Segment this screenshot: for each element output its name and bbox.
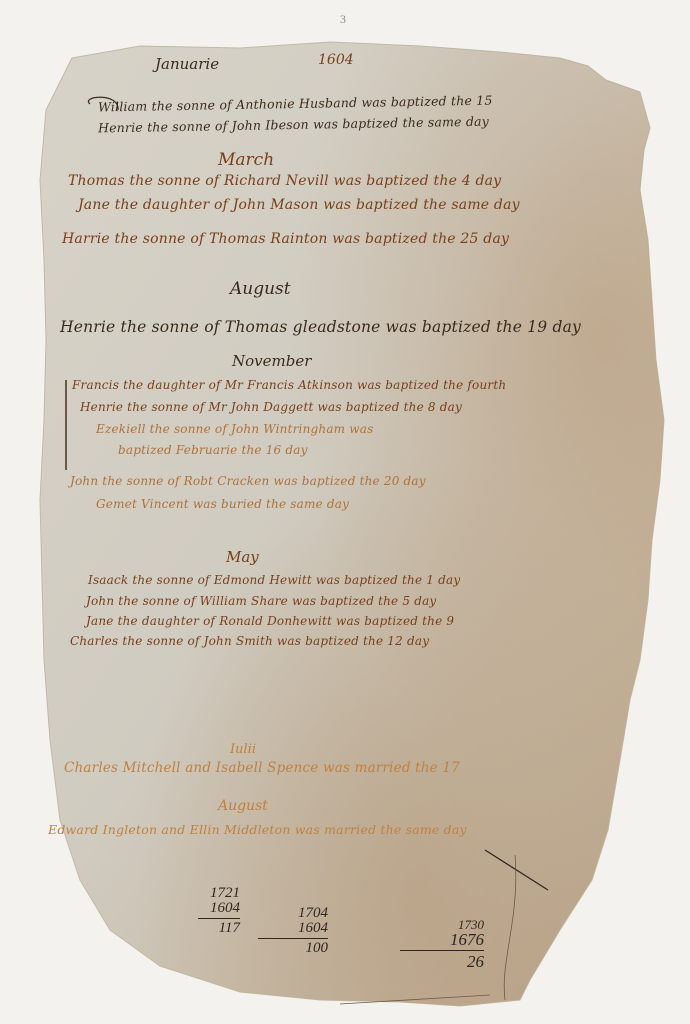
entry-august-2-1: Edward Ingleton and Ellin Middleton was … xyxy=(48,822,467,837)
entry-iulii-1: Charles Mitchell and Isabell Spence was … xyxy=(64,760,460,776)
entry-march-2: Jane the daughter of John Mason was bapt… xyxy=(78,197,520,213)
month-heading-november: November xyxy=(232,352,311,370)
calc-2-middle: 1604 xyxy=(258,921,328,936)
calc-1-rule xyxy=(198,918,240,919)
calc-1-result: 117 xyxy=(198,921,240,936)
month-heading-august-2: August xyxy=(218,798,268,814)
manuscript-sheet xyxy=(0,0,690,1024)
entry-november-6: Gemet Vincent was buried the same day xyxy=(96,497,349,511)
calc-3-middle: 1676 xyxy=(400,931,484,948)
entry-march-3: Harrie the sonne of Thomas Rainton was b… xyxy=(62,231,509,247)
calc-1-middle: 1604 xyxy=(198,901,240,916)
calculation-2: 1704 1604 100 xyxy=(258,906,328,956)
entry-november-3: Ezekiell the sonne of John Wintringham w… xyxy=(96,422,373,436)
calculation-3: 1730 1676 26 xyxy=(400,918,484,970)
calc-2-top: 1704 xyxy=(258,906,328,921)
month-heading-iulii: Iulii xyxy=(230,742,256,757)
calc-2-result: 100 xyxy=(258,941,328,956)
entry-august-1: Henrie the sonne of Thomas gleadstone wa… xyxy=(60,318,581,336)
entry-may-4: Charles the sonne of John Smith was bapt… xyxy=(70,634,429,648)
entry-march-1: Thomas the sonne of Richard Nevill was b… xyxy=(68,173,501,189)
calc-1-top: 1721 xyxy=(198,886,240,901)
calc-3-result: 26 xyxy=(400,953,484,970)
month-heading-august: August xyxy=(230,279,291,299)
calculation-1: 1721 1604 117 xyxy=(198,886,240,936)
entry-may-1: Isaack the sonne of Edmond Hewitt was ba… xyxy=(88,573,460,587)
entry-may-2: John the sonne of William Share was bapt… xyxy=(86,594,436,608)
month-heading-may: May xyxy=(226,548,259,566)
entry-november-2: Henrie the sonne of Mr John Daggett was … xyxy=(80,400,462,414)
calc-2-rule xyxy=(258,938,328,939)
calc-3-rule xyxy=(400,950,484,951)
month-heading-januarie: Januarie xyxy=(155,55,219,73)
entry-november-4: baptized Februarie the 16 day xyxy=(118,443,308,457)
month-heading-march: March xyxy=(218,150,274,170)
register-year: 1604 xyxy=(318,52,354,68)
page-number: 3 xyxy=(340,12,346,27)
entry-november-1: Francis the daughter of Mr Francis Atkin… xyxy=(72,378,506,392)
entry-november-5: John the sonne of Robt Cracken was bapti… xyxy=(70,474,426,488)
entry-may-3: Jane the daughter of Ronald Donhewitt wa… xyxy=(86,614,454,628)
